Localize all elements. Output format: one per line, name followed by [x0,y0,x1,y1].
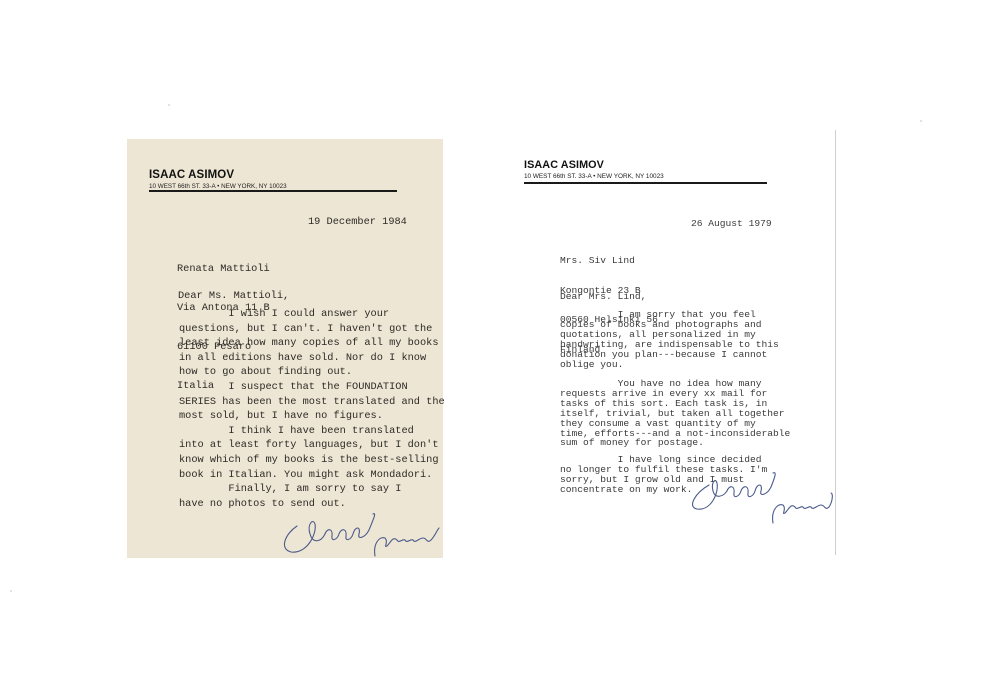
letter-paragraph: You have no idea how manyrequests arrive… [560,379,790,448]
body-line: oblige you. [560,360,779,370]
body-line: I wish I could answer your [179,307,445,322]
recipient-line: Mrs. Siv Lind [560,256,658,266]
letterhead-name: ISAAC ASIMOV [149,169,234,181]
scan-speck [10,590,12,592]
body-line: sum of money for postage. [560,438,790,448]
letterhead-name: ISAAC ASIMOV [524,159,604,171]
scan-speck [168,104,170,106]
body-line: how to go about finding out. [179,365,445,380]
body-line: most sold, but I have no figures. [179,409,445,424]
letterhead-rule [149,190,397,192]
letter-date: 19 December 1984 [308,216,407,229]
salutation: Dear Mrs. Lind, [560,292,646,302]
body-line: in all editions have sold. Nor do I know [179,351,445,366]
letterhead-address: 10 WEST 66th ST. 33-A • NEW YORK, NY 100… [524,173,664,180]
signature [685,465,835,525]
salutation: Dear Ms. Mattioli, [178,290,289,303]
scan-speck [920,120,922,122]
body-line: know which of my books is the best-selli… [179,453,445,468]
letter-paragraph: I am sorry that you feelcopies of books … [560,310,779,369]
letter-mattioli-1984: ISAAC ASIMOV 10 WEST 66th ST. 33-A • NEW… [127,139,443,558]
body-line: questions, but I can't. I haven't got th… [179,322,445,337]
body-line: I suspect that the FOUNDATION [179,380,445,395]
letter-lind-1979: ISAAC ASIMOV 10 WEST 66th ST. 33-A • NEW… [500,130,836,555]
body-line: into at least forty languages, but I don… [179,438,445,453]
letter-date: 26 August 1979 [691,219,772,229]
body-line: I think I have been translated [179,424,445,439]
body-line: book in Italian. You might ask Mondadori… [179,468,445,483]
letterhead-address: 10 WEST 66th ST. 33-A • NEW YORK, NY 100… [149,183,287,190]
body-line: SERIES has been the most translated and … [179,395,445,410]
body-line: Finally, I am sorry to say I [179,482,445,497]
letterhead-rule [524,182,767,184]
signature [277,504,447,559]
recipient-line: Renata Mattioli [177,263,270,276]
letter-body: I wish I could answer yourquestions, but… [179,307,445,511]
body-line: least idea how many copies of all my boo… [179,336,445,351]
